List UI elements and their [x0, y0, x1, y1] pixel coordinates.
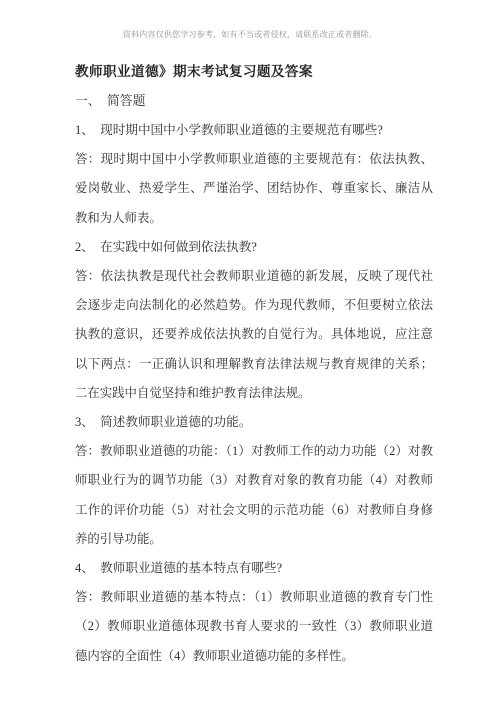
question-text: 2、 在实践中如何做到依法执教?	[75, 233, 433, 262]
answer-text: 答：教师职业道德的基本特点：（1）教师职业道德的教育专门性（2）教师职业道德体现…	[75, 583, 433, 671]
qa-item-4: 4、 教师职业道德的基本特点有哪些? 答：教师职业道德的基本特点：（1）教师职业…	[75, 554, 433, 671]
question-text: 3、 简述教师职业道德的功能。	[75, 408, 433, 437]
answer-text: 答：依法执教是现代社会教师职业道德的新发展，反映了现代社会逐步走向法制化的必然趋…	[75, 262, 433, 408]
document-page: 资料内容仅供您学习参考，如有不当或者侵权，请联系改正或者删除。 教师职业道德》期…	[0, 0, 500, 707]
qa-item-1: 1、 现时期中国中小学教师职业道德的主要规范有哪些? 答：现时期中国中小学教师职…	[75, 116, 433, 233]
page-title: 教师职业道德》期末考试复习题及答案	[75, 57, 433, 87]
document-content: 教师职业道德》期末考试复习题及答案 一、 简答题 1、 现时期中国中小学教师职业…	[75, 57, 433, 671]
header-disclaimer: 资料内容仅供您学习参考，如有不当或者侵权，请联系改正或者删除。	[0, 29, 500, 40]
section-heading: 一、 简答题	[75, 87, 433, 116]
qa-item-3: 3、 简述教师职业道德的功能。 答：教师职业道德的功能：（1）对教师工作的动力功…	[75, 408, 433, 554]
question-text: 4、 教师职业道德的基本特点有哪些?	[75, 554, 433, 583]
qa-item-2: 2、 在实践中如何做到依法执教? 答：依法执教是现代社会教师职业道德的新发展，反…	[75, 233, 433, 408]
question-text: 1、 现时期中国中小学教师职业道德的主要规范有哪些?	[75, 116, 433, 145]
answer-text: 答：教师职业道德的功能：（1）对教师工作的动力功能（2）对教师职业行为的调节功能…	[75, 437, 433, 554]
answer-text: 答：现时期中国中小学教师职业道德的主要规范有：依法执教、爱岗敬业、热爱学生、严谨…	[75, 145, 433, 233]
